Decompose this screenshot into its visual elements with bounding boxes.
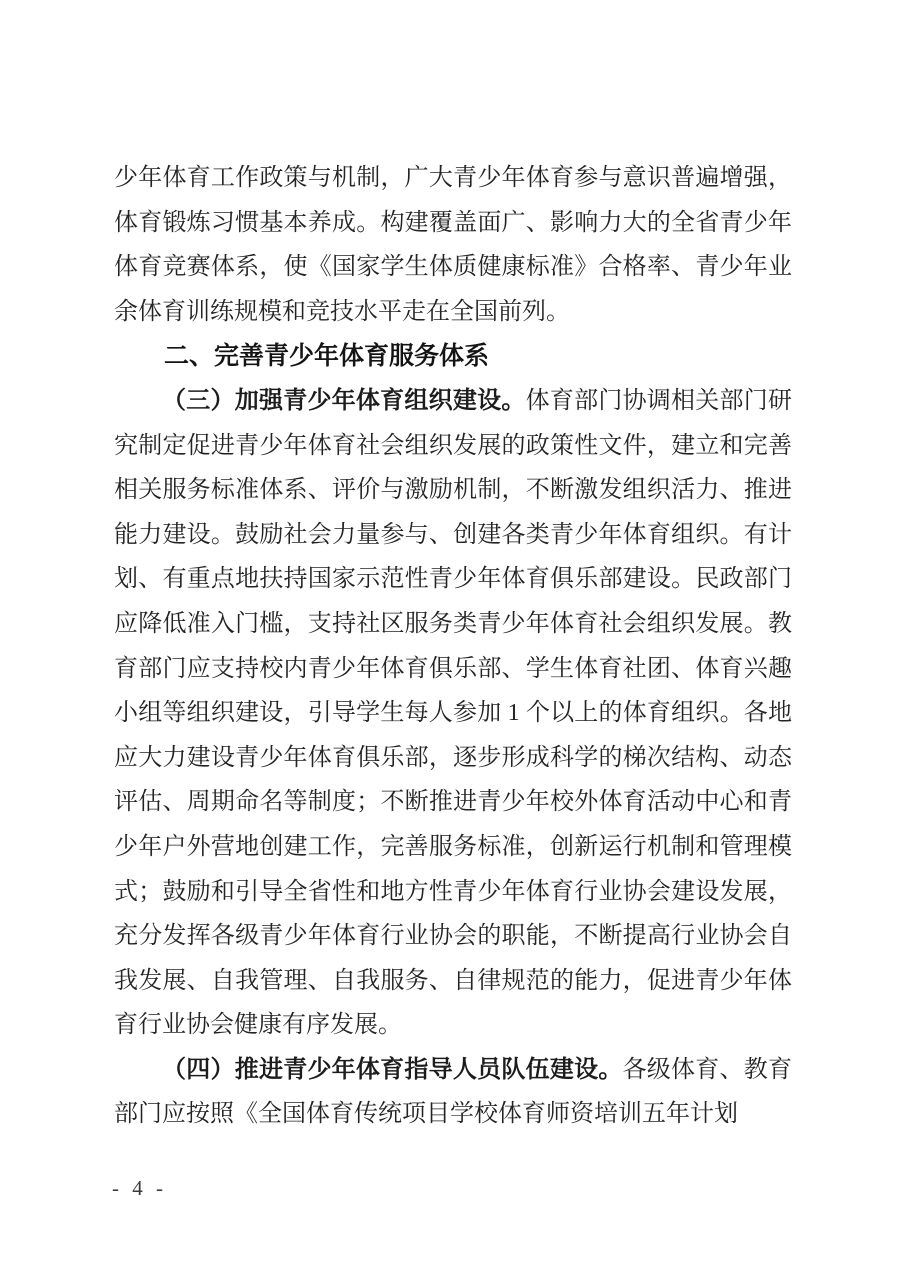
text-segment: 少年体育工作政策与机制，广大青少年体育参与意识普遍增强，体育锻炼习惯基本养成。构… (114, 165, 792, 325)
text-segment: 二、完善青少年体育服务体系 (164, 342, 489, 370)
paragraph: （四）推进青少年体育指导人员队伍建设。各级体育、教育部门应按照《全国体育传统项目… (114, 1048, 792, 1137)
paragraph: （三）加强青少年体育组织建设。体育部门协调相关部门研究制定促进青少年体育社会组织… (114, 379, 792, 1048)
clause-lead: （三）加强青少年体育组织建设。 (162, 388, 526, 414)
page-number: - 4 - (112, 1176, 167, 1201)
section-heading: 二、完善青少年体育服务体系 (114, 334, 792, 379)
paragraph: 少年体育工作政策与机制，广大青少年体育参与意识普遍增强，体育锻炼习惯基本养成。构… (114, 156, 792, 334)
clause-lead: （四）推进青少年体育指导人员队伍建设。 (162, 1057, 623, 1083)
document-page: 少年体育工作政策与机制，广大青少年体育参与意识普遍增强，体育锻炼习惯基本养成。构… (0, 0, 900, 1272)
document-body: 少年体育工作政策与机制，广大青少年体育参与意识普遍增强，体育锻炼习惯基本养成。构… (114, 156, 792, 1137)
text-segment: 体育部门协调相关部门研究制定促进青少年体育社会组织发展的政策性文件，建立和完善相… (114, 388, 792, 1038)
